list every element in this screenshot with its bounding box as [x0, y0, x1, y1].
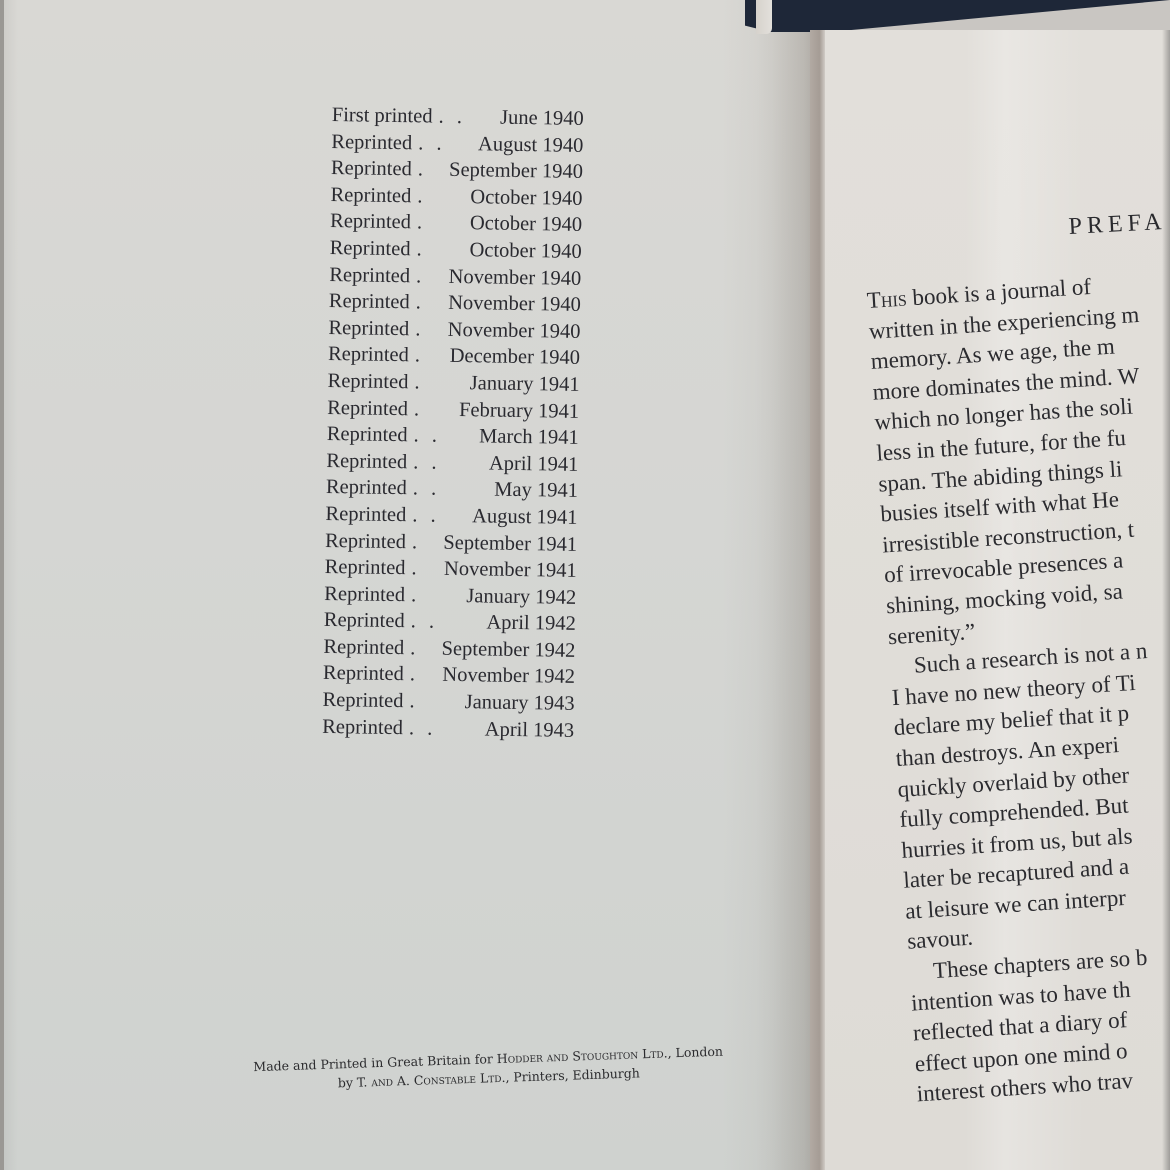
right-page-text-region: PREFA This book is a journal ofwritten i…	[0, 0, 1170, 1170]
line-text: serenity.”	[887, 618, 976, 648]
preface-heading: PREFA	[1068, 209, 1167, 241]
preface-paragraph: This book is a journal ofwritten in the …	[866, 265, 1170, 652]
preface-paragraph: Such a research is not a nI have no new …	[889, 632, 1170, 958]
small-caps-lead: This	[866, 285, 907, 312]
preface-paragraph: These chapters are so bintention was to …	[908, 937, 1170, 1110]
line-text: savour.	[906, 925, 973, 954]
preface-body: This book is a journal ofwritten in the …	[866, 265, 1170, 1110]
